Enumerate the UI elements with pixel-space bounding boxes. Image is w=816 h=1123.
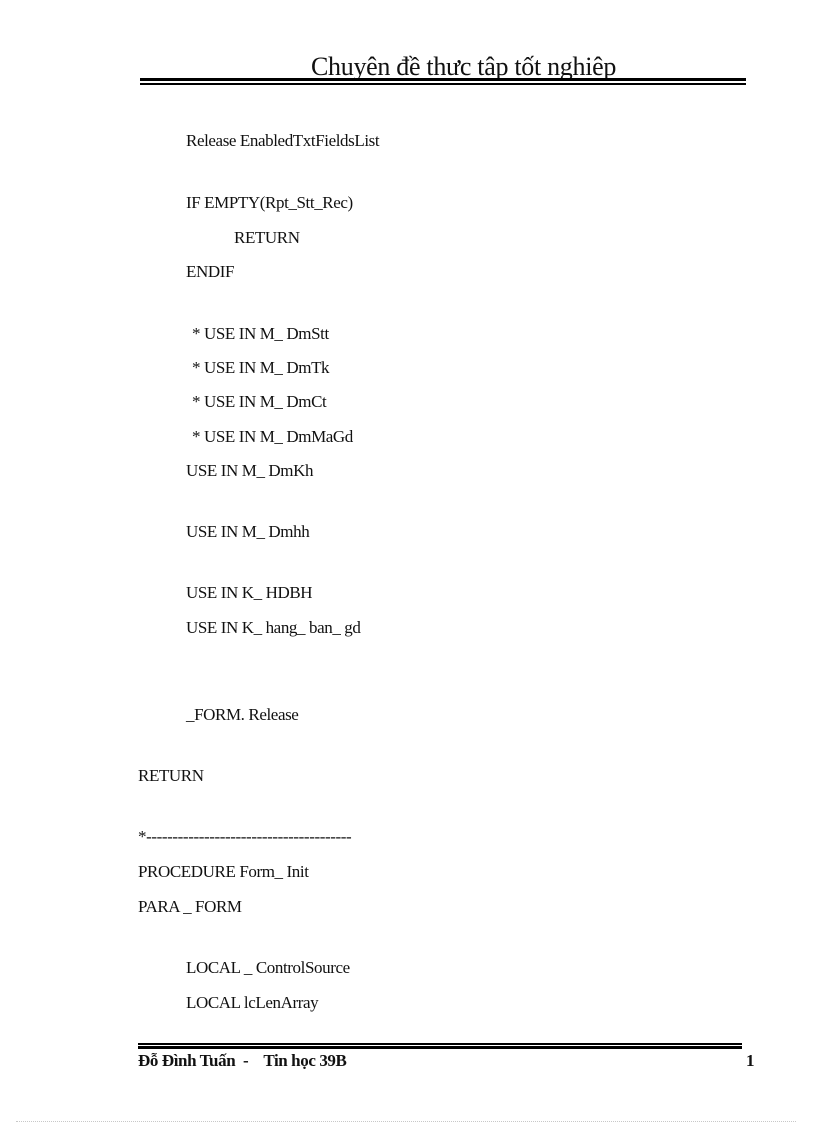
code-line: USE IN K_ hang_ ban_ gd [186, 618, 360, 638]
code-line: * USE IN M_ DmCt [192, 392, 326, 412]
page-number: 1 [746, 1051, 755, 1071]
footer-rule-double [138, 1046, 742, 1049]
footer-rule [138, 1043, 742, 1045]
code-line: PROCEDURE Form_ Init [138, 862, 309, 882]
code-line: RETURN [234, 228, 300, 248]
header-rule [140, 78, 746, 81]
code-line: Release EnabledTxtFieldsList [186, 131, 379, 151]
code-line: RETURN [138, 766, 204, 786]
footer-author: Đỗ Đình Tuấn - Tin học 39B [138, 1051, 346, 1071]
page-header: Chuyên đề thưc tâp tốt nghiêp [140, 50, 746, 90]
code-line: * USE IN M_ DmStt [192, 324, 329, 344]
code-line: USE IN M_ Dmhh [186, 522, 309, 542]
code-line: *--------------------------------------- [138, 827, 351, 847]
code-line: LOCAL _ ControlSource [186, 958, 350, 978]
code-line: USE IN M_ DmKh [186, 461, 313, 481]
page-boundary-dotted-line [16, 1121, 796, 1122]
code-line: IF EMPTY(Rpt_Stt_Rec) [186, 193, 353, 213]
code-line: ENDIF [186, 262, 234, 282]
code-line: _FORM. Release [186, 705, 298, 725]
header-rule-double [140, 83, 746, 85]
code-line: PARA _ FORM [138, 897, 242, 917]
code-line: * USE IN M_ DmTk [192, 358, 329, 378]
code-line: * USE IN M_ DmMaGd [192, 427, 353, 447]
code-line: USE IN K_ HDBH [186, 583, 312, 603]
code-line: LOCAL lcLenArray [186, 993, 318, 1013]
